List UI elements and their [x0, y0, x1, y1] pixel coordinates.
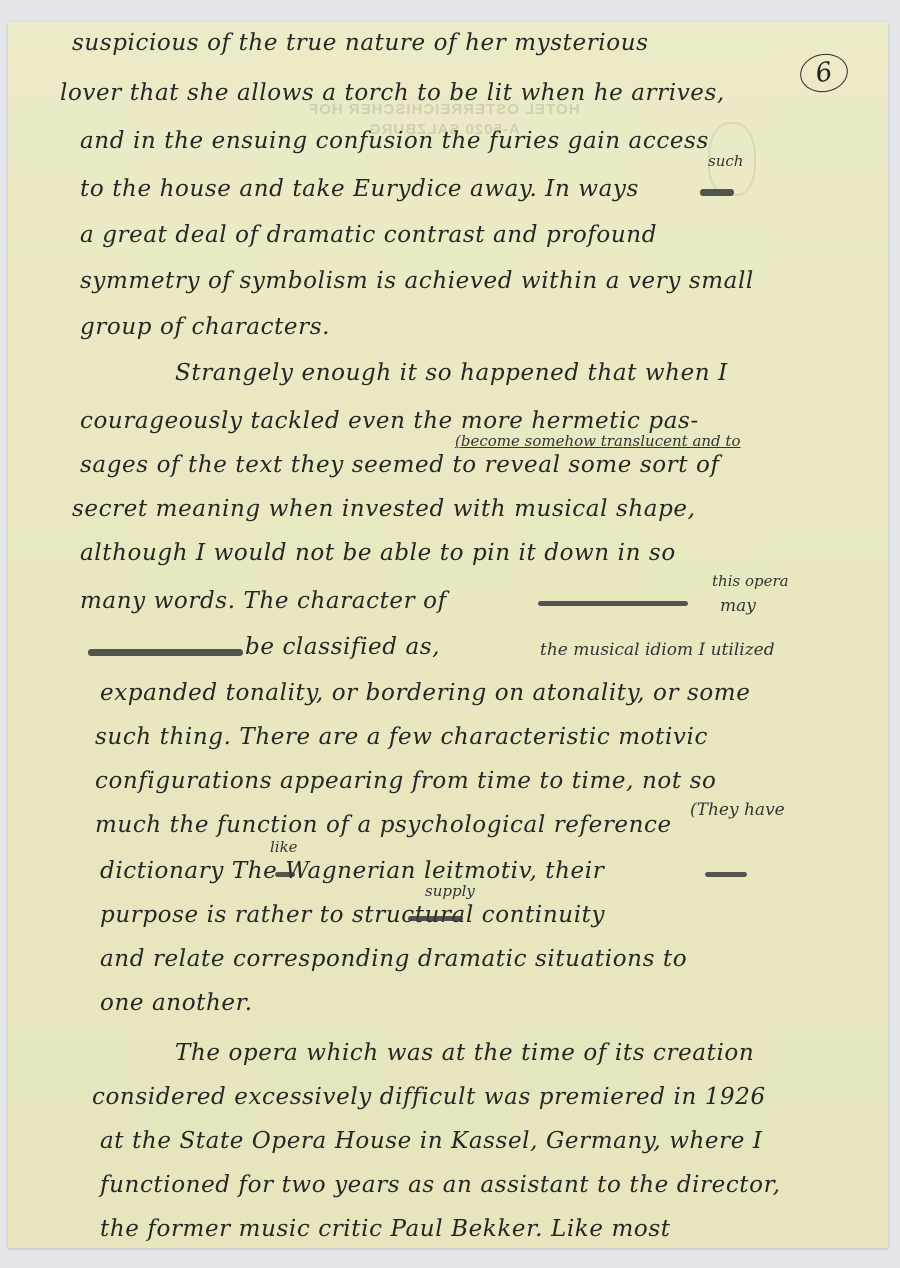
inserted-word: like [270, 838, 298, 856]
strikethrough [705, 872, 747, 877]
text-line: and relate corresponding dramatic situat… [100, 946, 687, 972]
text-line: sages of the text they seemed to reveal … [80, 452, 720, 478]
text-line: one another. [100, 990, 253, 1016]
text-line: configurations appearing from time to ti… [95, 768, 716, 794]
text-line: Strangely enough it so happened that whe… [175, 360, 728, 386]
strikethrough [700, 189, 734, 196]
text-line: lover that she allows a torch to be lit … [60, 80, 725, 106]
text-line: functioned for two years as an assistant… [100, 1172, 781, 1198]
text-line: The opera which was at the time of its c… [175, 1040, 754, 1066]
text-line: suspicious of the true nature of her mys… [72, 30, 649, 56]
inserted-word: supply [425, 882, 475, 900]
text-line: the former music critic Paul Bekker. Lik… [100, 1216, 671, 1242]
text-line: much the function of a psychological ref… [95, 812, 672, 838]
text-line: dictionary The Wagnerian leitmotiv, thei… [100, 858, 604, 884]
strikethrough [538, 601, 688, 606]
text-line: courageously tackled even the more herme… [80, 408, 699, 434]
text-line: a great deal of dramatic contrast and pr… [80, 222, 657, 248]
text-line: be classified as, [245, 634, 440, 660]
text-line: such thing. There are a few characterist… [95, 724, 708, 750]
text-line: considered excessively difficult was pre… [92, 1084, 766, 1110]
text-line: at the State Opera House in Kassel, Germ… [100, 1128, 763, 1154]
text-line: expanded tonality, or bordering on atona… [100, 680, 750, 706]
text-line: although I would not be able to pin it d… [80, 540, 676, 566]
inserted-word: may [720, 596, 756, 616]
inserted-phrase: (become somehow translucent and to [455, 432, 740, 450]
text-line: many words. The character of [80, 588, 447, 614]
text-line: to the house and take Eurydice away. In … [80, 176, 639, 202]
text-line: symmetry of symbolism is achieved within… [80, 268, 754, 294]
strikethrough [275, 872, 295, 877]
page-number: 6 [797, 50, 851, 96]
text-line: secret meaning when invested with musica… [72, 496, 696, 522]
inserted-word: such [708, 152, 743, 170]
inserted-phrase: (They have [690, 800, 785, 820]
page-number-text: 6 [813, 57, 835, 89]
text-line: and in the ensuing confusion the furies … [80, 128, 709, 154]
text-line: group of characters. [80, 314, 330, 340]
text-line: purpose is rather to structural continui… [100, 902, 605, 928]
inserted-phrase: the musical idiom I utilized [540, 640, 775, 660]
strikethrough [88, 649, 243, 656]
inserted-phrase: this opera [712, 572, 789, 590]
strikethrough [408, 916, 463, 921]
